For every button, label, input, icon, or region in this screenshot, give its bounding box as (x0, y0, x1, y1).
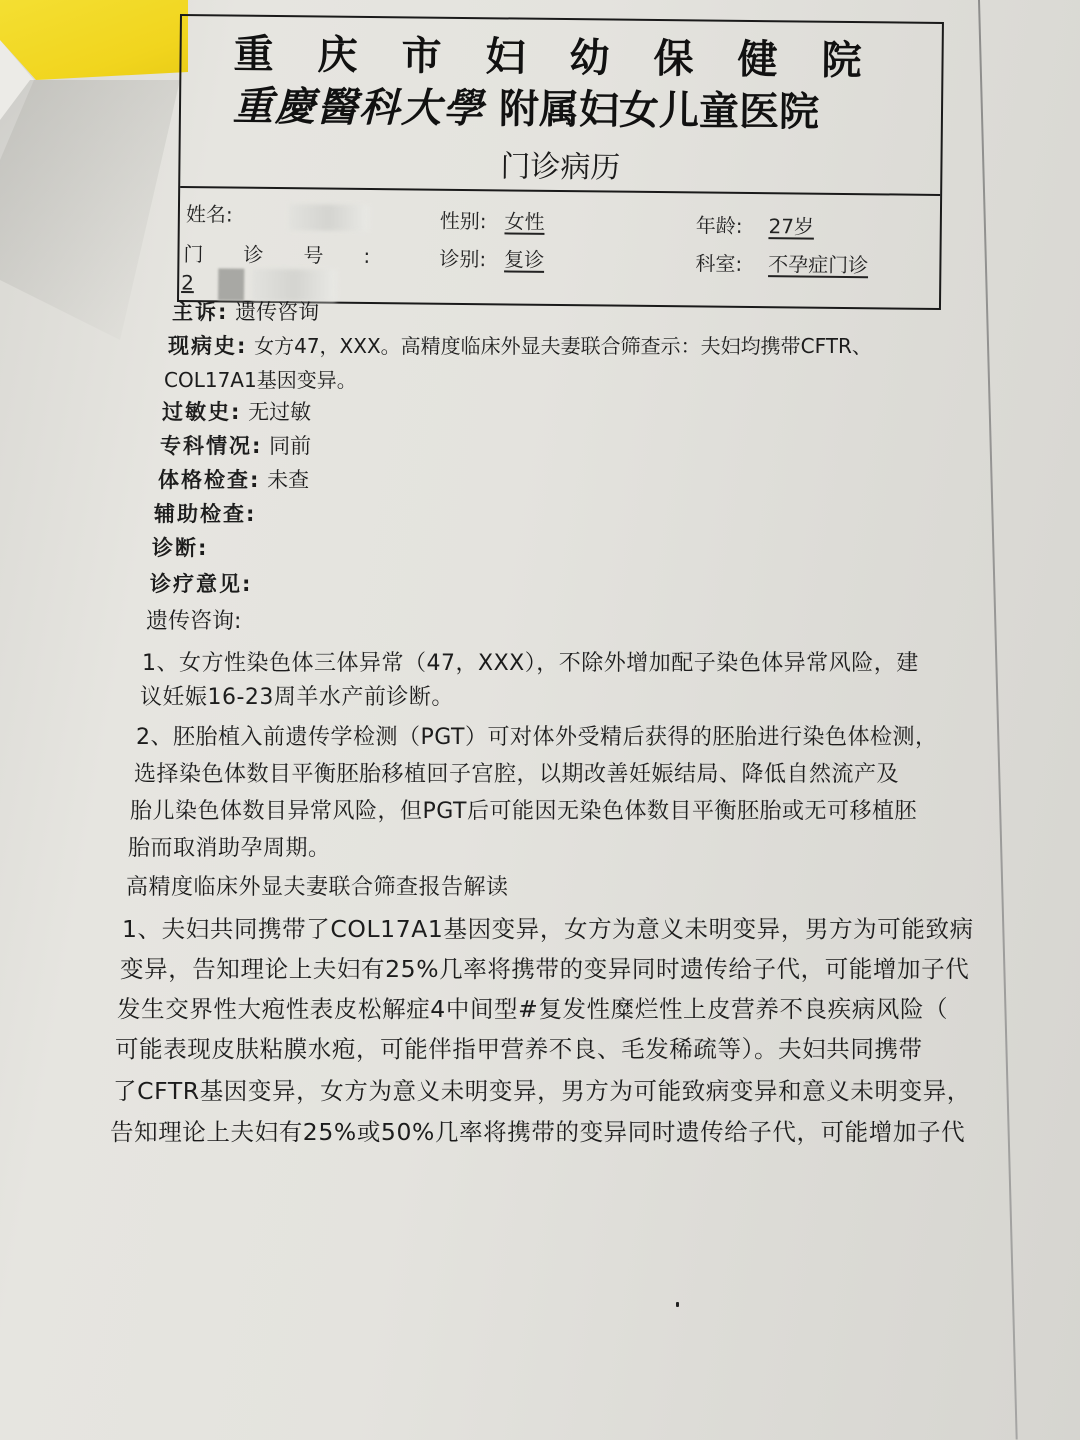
gc-item1-line2: 议妊娠16-23周羊水产前诊断。 (140, 680, 454, 711)
sr-item1-line3: 发生交界性大疱性表皮松解症4中间型#复发性糜烂性上皮营养不良疾病风险（ (117, 990, 948, 1024)
auxiliary-exam: 辅助检查: (154, 498, 256, 528)
page-edge-line (978, 0, 1018, 1440)
allergy-value: 无过敏 (248, 400, 311, 424)
age-value: 27岁 (768, 214, 814, 238)
present-illness: 现病史: 女方47，XXX。高精度临床外显夫妻联合筛查示：夫妇均携带CFTR、 (168, 330, 872, 360)
visit-type-field: 诊别:复诊 (439, 243, 544, 273)
chief-complaint-label: 主诉: (172, 300, 228, 324)
sr-item1-line4: 可能表现皮肤粘膜水疱，可能伴指甲营养不良、毛发稀疏等）。夫妇共同携带 (115, 1030, 923, 1064)
treatment-opinion: 诊疗意见: (150, 568, 252, 598)
chief-complaint: 主诉: 遗传咨询 (172, 296, 319, 326)
treatment-opinion-label: 诊疗意见: (150, 572, 252, 596)
physical-exam-value: 未查 (267, 468, 309, 492)
sr-item1-line5: 了CFTR基因变异，女方为意义未明变异，男方为可能致病变异和意义未明变异， (113, 1072, 971, 1106)
allergy: 过敏史: 无过敏 (162, 396, 311, 426)
yellow-object (0, 0, 188, 80)
gender-label: 性别: (440, 209, 487, 233)
gc-item2-line2: 选择染色体数目平衡胚胎移植回子宫腔，以期改善妊娠结局、降低自然流产及 (134, 757, 899, 788)
name-label: 姓名: (186, 202, 233, 226)
name-field: 姓名: (186, 198, 369, 230)
present-illness-text-2: COL17A1基因变异。 (164, 364, 357, 393)
genetic-counseling-label: 遗传咨询: (146, 604, 241, 635)
visit-type-value: 复诊 (504, 247, 544, 271)
physical-exam: 体格检查: 未查 (158, 464, 309, 494)
gc-item2-line1: 2、胚胎植入前遗传学检测（PGT）可对体外受精后获得的胚胎进行染色体检测， (136, 720, 937, 751)
specialty-value: 同前 (269, 434, 311, 458)
sr-item1-line2: 变异，告知理论上夫妇有25%几率将携带的变异同时遗传给子代，可能增加子代 (120, 950, 969, 984)
chief-complaint-value: 遗传咨询 (235, 300, 319, 324)
department-field: 科室:不孕症门诊 (695, 247, 868, 278)
department-value: 不孕症门诊 (768, 252, 868, 277)
allergy-label: 过敏史: (162, 400, 241, 424)
visit-type-label: 诊别: (439, 247, 486, 271)
photographed-document: 重庆市妇幼保健院 重慶醫科大學附属妇女儿童医院 门诊病历 姓名: 性别:女性 年… (0, 0, 1080, 1440)
age-label: 年龄: (696, 213, 743, 237)
gc-item2-line4: 胎而取消助孕周期。 (128, 831, 331, 862)
physical-exam-label: 体格检查: (158, 468, 260, 492)
hospital-name-calligraphy: 重慶醫科大學 (233, 83, 485, 133)
ink-speck (676, 1302, 679, 1307)
specialty: 专科情况: 同前 (160, 430, 311, 460)
clinic-no-value: 2 (181, 271, 194, 295)
gc-item1-line1: 1、女方性染色体三体异常（47，XXX），不除外增加配子染色体异常风险，建 (142, 646, 919, 677)
department-label: 科室: (695, 251, 742, 275)
gc-item2-line3: 胎儿染色体数目异常风险，但PGT后可能因无染色体数目平衡胚胎或无可移植胚 (130, 794, 917, 825)
present-illness-label: 现病史: (168, 334, 247, 358)
diagnosis: 诊断: (152, 532, 208, 562)
age-field: 年龄:27岁 (696, 209, 815, 239)
clinic-no-field: 门 诊 号 : (183, 238, 370, 269)
gender-field: 性别:女性 (440, 205, 545, 235)
sr-item1-line6: 告知理论上夫妇有25%或50%几率将携带的变异同时遗传给子代，可能增加子代 (110, 1113, 965, 1147)
specialty-label: 专科情况: (160, 434, 262, 458)
redacted-name (289, 204, 369, 231)
shadow (0, 80, 180, 340)
auxiliary-exam-label: 辅助检查: (154, 502, 256, 526)
hospital-name-print: 附属妇女儿童医院 (499, 86, 819, 135)
record-title: 门诊病历 (180, 138, 940, 190)
diagnosis-label: 诊断: (152, 536, 208, 560)
screening-report-title: 高精度临床外显夫妻联合筛查报告解读 (126, 870, 509, 901)
hospital-name-line2: 重慶醫科大學附属妇女儿童医院 (233, 75, 820, 138)
sr-item1-line1: 1、夫妇共同携带了COL17A1基因变异，女方为意义未明变异，男方为可能致病 (122, 910, 974, 944)
clinic-no-label: 门 诊 号 : (183, 242, 370, 268)
gender-value: 女性 (504, 209, 544, 233)
patient-info: 姓名: 性别:女性 年龄:27岁 门 诊 号 : 诊别:复诊 科室:不孕症门诊 … (179, 188, 940, 306)
present-illness-text-1: 女方47，XXX。高精度临床外显夫妻联合筛查示：夫妇均携带CFTR、 (254, 334, 872, 358)
record-header-box: 重庆市妇幼保健院 重慶醫科大學附属妇女儿童医院 门诊病历 姓名: 性别:女性 年… (177, 14, 944, 310)
